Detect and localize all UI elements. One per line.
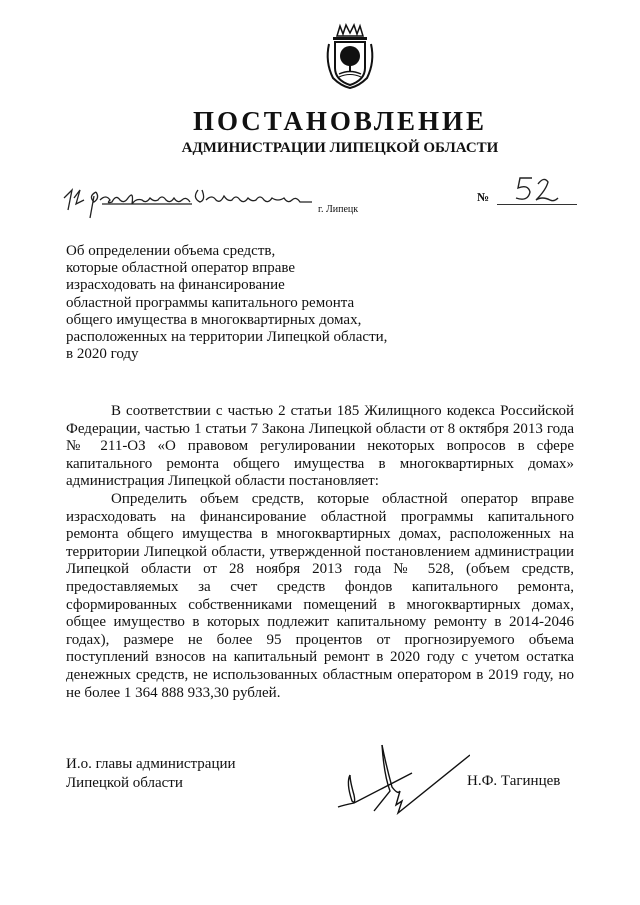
number-underline <box>497 204 577 205</box>
signatory-position: И.о. главы администрации Липецкой област… <box>66 755 236 793</box>
resolution-paragraph: Определить объем средств, которые област… <box>66 491 574 702</box>
handwritten-date <box>60 176 320 220</box>
handwritten-number <box>510 174 570 204</box>
document-body: В соответствии с частью 2 статьи 185 Жил… <box>66 403 574 702</box>
preamble-paragraph: В соответствии с частью 2 статьи 185 Жил… <box>66 403 574 491</box>
subject-line: расположенных на территории Липецкой обл… <box>66 329 387 346</box>
subject-line: в 2020 году <box>66 346 387 363</box>
city-label: г. Липецк <box>318 204 358 215</box>
subject-line: общего имущества в многоквартирных домах… <box>66 312 387 329</box>
subject-line: областной программы капитального ремонта <box>66 295 387 312</box>
number-label: № <box>477 190 489 205</box>
handwritten-signature <box>330 705 470 815</box>
document-subject: Об определении объема средств, которые о… <box>66 243 387 363</box>
position-line: Липецкой области <box>66 774 236 793</box>
document-title: ПОСТАНОВЛЕНИЕ <box>0 106 640 137</box>
coat-of-arms-icon <box>315 22 385 90</box>
subject-line: Об определении объема средств, <box>66 243 387 260</box>
position-line: И.о. главы администрации <box>66 755 236 774</box>
subject-line: израсходовать на финансирование <box>66 277 387 294</box>
document-subtitle: АДМИНИСТРАЦИИ ЛИПЕЦКОЙ ОБЛАСТИ <box>0 140 640 157</box>
subject-line: которые областной оператор вправе <box>66 260 387 277</box>
signatory-name: Н.Ф. Тагинцев <box>467 773 560 790</box>
